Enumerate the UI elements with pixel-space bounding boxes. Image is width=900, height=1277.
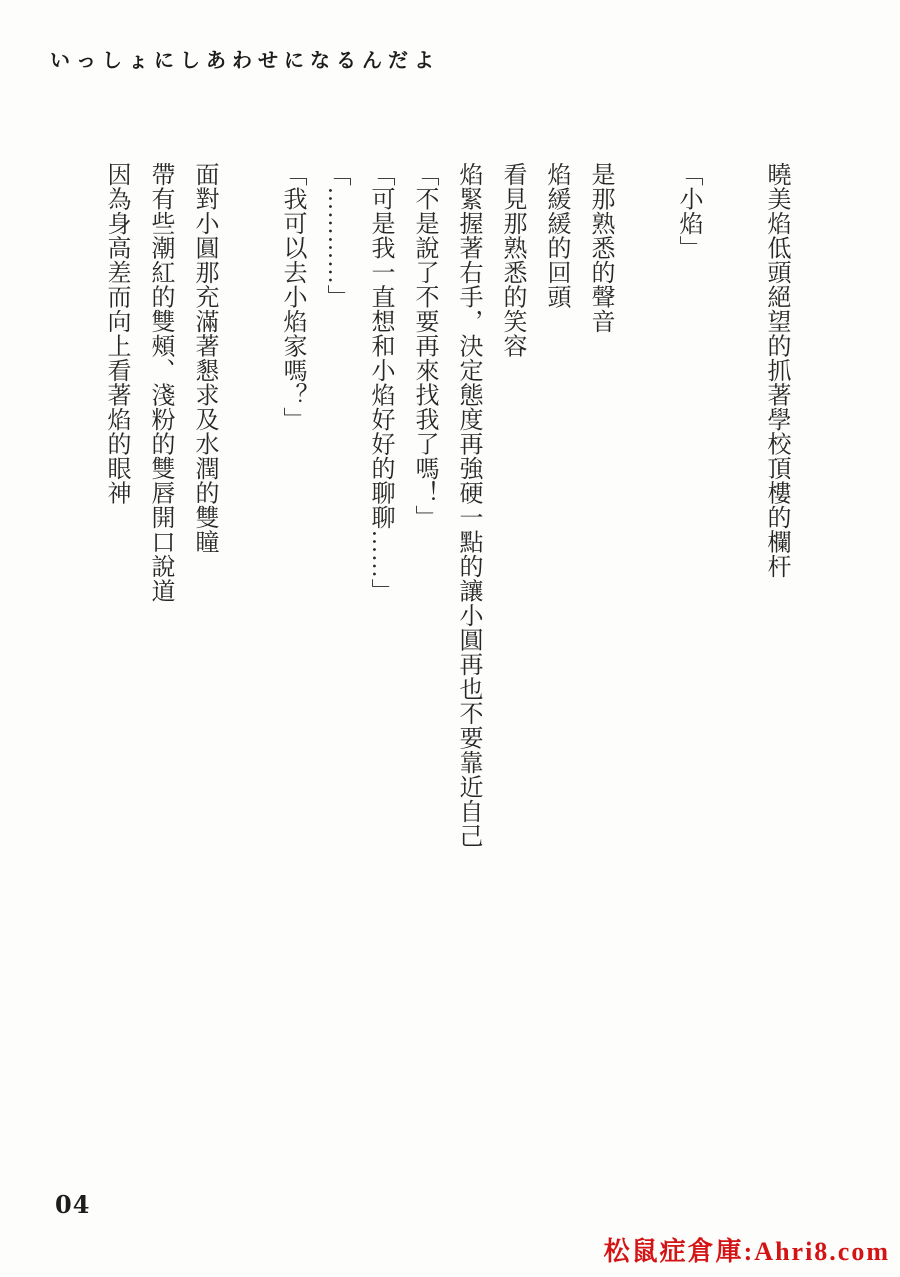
story-text-block: 曉美焰低頭絕望的抓著學校頂樓的欄杆 「小焰」 是那熟悉的聲音 焰緩緩的回頭 看見… (94, 162, 798, 962)
site-watermark: 松鼠症倉庫:Ahri8.com (604, 1231, 890, 1268)
header-title-japanese: いっしょにしあわせになるんだよ (50, 44, 440, 73)
story-line: 曉美焰低頭絕望的抓著學校頂樓的欄杆 (754, 162, 798, 962)
story-line: 焰緩緩的回頭 (534, 162, 578, 962)
story-line: 焰緊握著右手，決定態度再強硬一點的讓小圓再也不要靠近自己 (446, 162, 490, 962)
story-line-dialogue: 「我可以去小焰家嗎？」 (270, 162, 314, 962)
story-line-dialogue: 「不是說了不要再來找我了嗎！」 (402, 162, 446, 962)
story-line: 帶有些潮紅的雙頰、淺粉的雙唇開口說道 (138, 162, 182, 962)
page-number: 04 (55, 1190, 90, 1219)
story-line: 因為身高差而向上看著焰的眼神 (94, 162, 138, 962)
story-line: 看見那熟悉的笑容 (490, 162, 534, 962)
story-line-dialogue: 「…………」 (314, 162, 358, 962)
story-line-dialogue: 「小焰」 (666, 162, 710, 962)
story-line-dialogue: 「可是我一直想和小焰好好的聊聊……」 (358, 162, 402, 962)
manga-novel-page: いっしょにしあわせになるんだよ 曉美焰低頭絕望的抓著學校頂樓的欄杆 「小焰」 是… (0, 0, 900, 1277)
story-line: 面對小圓那充滿著懇求及水潤的雙瞳 (182, 162, 226, 962)
story-line: 是那熟悉的聲音 (578, 162, 622, 962)
